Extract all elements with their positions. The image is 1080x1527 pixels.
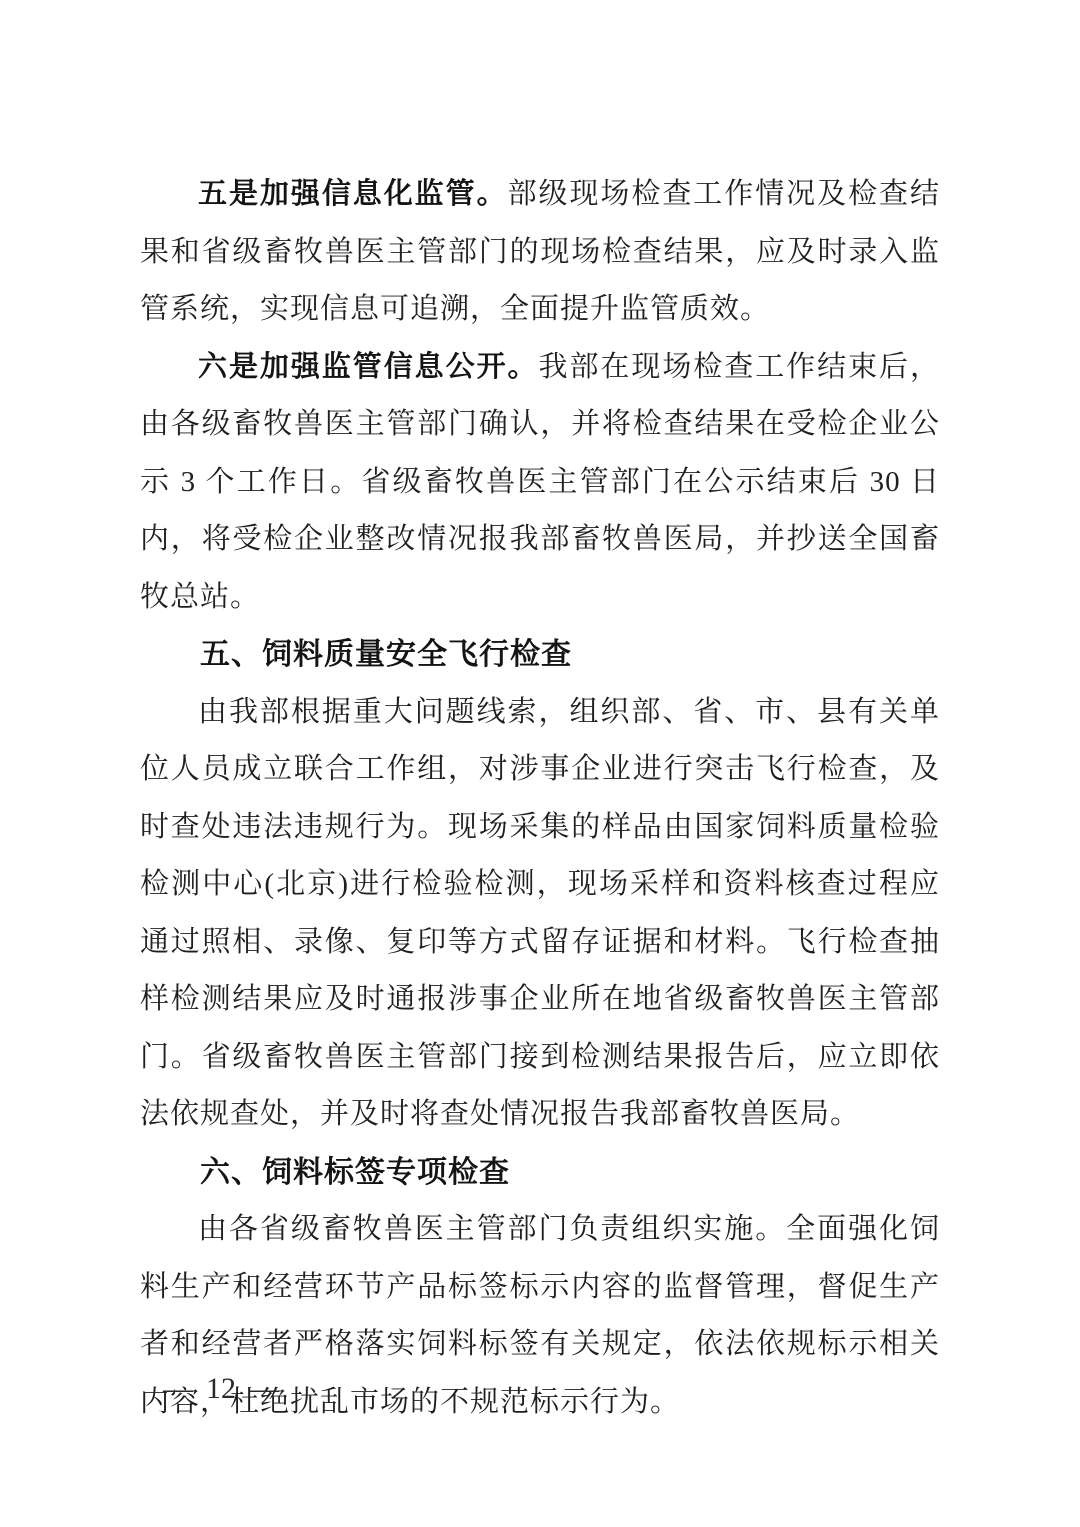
paragraph-lead: 六是加强监管信息公开。	[198, 351, 539, 383]
section-heading: 六、饲料标签专项检查	[140, 1144, 940, 1202]
document-page: 五是加强信息化监管。部级现场检查工作情况及检查结果和省级畜牧兽医主管部门的现场检…	[0, 0, 1080, 1527]
page-number-value: 12	[206, 1369, 236, 1409]
page-number-right-dash: —	[249, 1369, 279, 1409]
page-number-left-dash: —	[163, 1369, 193, 1409]
paragraph: 由我部根据重大问题线索，组织部、省、市、县有关单位人员成立联合工作组，对涉事企业…	[140, 684, 940, 1144]
paragraph-lead: 五是加强信息化监管。	[198, 178, 508, 210]
page-number: — 12 —	[163, 1369, 279, 1409]
document-body: 五是加强信息化监管。部级现场检查工作情况及检查结果和省级畜牧兽医主管部门的现场检…	[140, 166, 940, 1431]
section-heading: 五、饲料质量安全飞行检查	[140, 626, 940, 684]
paragraph: 五是加强信息化监管。部级现场检查工作情况及检查结果和省级畜牧兽医主管部门的现场检…	[140, 166, 940, 339]
paragraph: 六是加强监管信息公开。我部在现场检查工作结束后，由各级畜牧兽医主管部门确认，并将…	[140, 339, 940, 627]
